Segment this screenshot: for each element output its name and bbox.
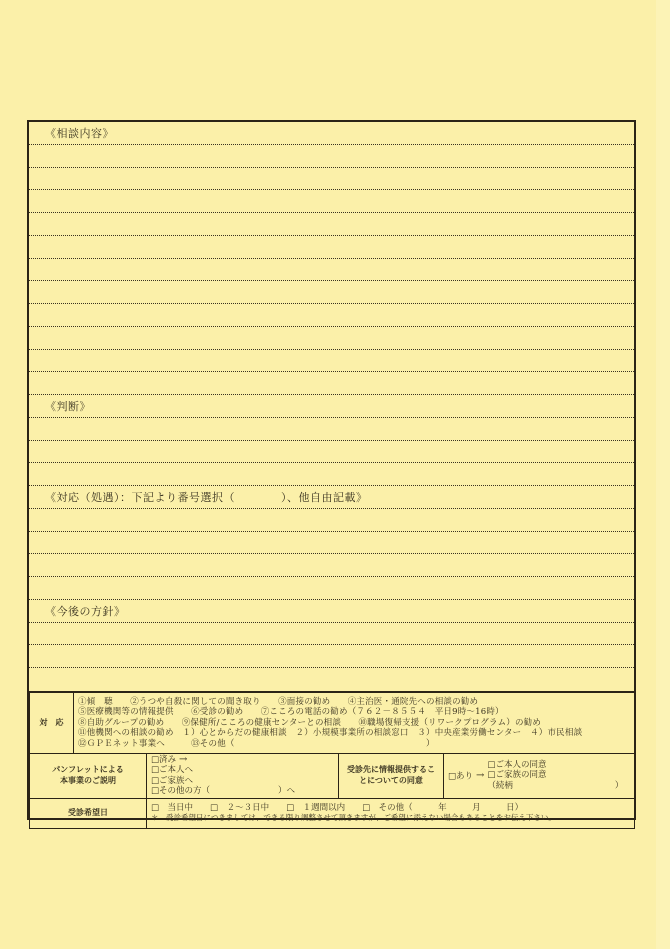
visit-date-checkboxes[interactable]: □ 当日中 □ ２～３日中 □ １週間以内 □ その他（ 年 月 日） — [151, 803, 630, 814]
response-option-line: ⑧自助グループの勧め ⑨保健所/こころの健康センターとの相談 ⑩職場復帰支援（リ… — [78, 718, 630, 729]
writing-line[interactable] — [29, 372, 634, 395]
writing-line[interactable] — [29, 645, 634, 668]
visit-date-label: 受診希望日 — [30, 798, 147, 828]
writing-line[interactable] — [29, 168, 634, 191]
section-heading-row: 《判断》 — [29, 395, 634, 418]
writing-line[interactable] — [29, 463, 634, 486]
writing-line[interactable] — [29, 350, 634, 373]
section-heading-row: 《対応（処遇）：下記より番号選択（ ）、他自由記載》 — [29, 486, 634, 509]
consent-self-checkbox[interactable]: □ご本人の同意 — [487, 760, 623, 771]
response-option-line: ⑪他機関への相談の勧め １）心とからだの健康相談 ２）小規模事業所の相談窓口 ３… — [78, 728, 630, 739]
writing-line[interactable] — [29, 304, 634, 327]
pamphlet-options: □済み→ □ご本人へ □ご家族へ □その他の方（ ）へ — [147, 753, 339, 798]
pamphlet-target-other-checkbox[interactable]: □その他の方（ ）へ — [151, 786, 295, 797]
arrow-right-icon: → — [179, 754, 187, 765]
writing-line[interactable] — [29, 418, 634, 441]
writing-line[interactable] — [29, 577, 634, 600]
section-future-policy-heading: 《今後の方針》 — [45, 603, 126, 619]
consent-options: □あり→ □ご本人の同意 □ご家族の同意 （続柄 ） — [444, 753, 635, 798]
writing-line[interactable] — [29, 236, 634, 259]
writing-line[interactable] — [29, 327, 634, 350]
consent-relationship-field[interactable]: （続柄 ） — [487, 781, 623, 792]
consent-family-checkbox[interactable]: □ご家族の同意 — [487, 770, 623, 781]
section-heading-row: 《相談内容》 — [29, 122, 634, 145]
response-options: ①傾 聴 ②うつや自殺に関しての聞き取り ③面接の勧め ④主治医・通院先への相談… — [74, 692, 635, 753]
consultation-form: 《相談内容》《判断》《対応（処遇）：下記より番号選択（ ）、他自由記載》《今後の… — [27, 120, 636, 820]
pamphlet-target-family-checkbox[interactable]: □ご家族へ — [151, 776, 295, 787]
response-option-line: ⑤医療機関等の情報提供 ⑥受診の勧め ⑦こころの電話の勧め（７６２－８５５４ 平… — [78, 707, 630, 718]
section-heading-row: 《今後の方針》 — [29, 600, 634, 623]
writing-line[interactable] — [29, 145, 634, 168]
writing-line[interactable] — [29, 509, 634, 532]
writing-line[interactable] — [29, 532, 634, 555]
pamphlet-done-checkbox[interactable]: □済み — [151, 755, 176, 765]
response-label: 対 応 — [30, 692, 74, 753]
response-option-line: ⑫ＧＰＥネット事業へ ⑬その他（ ） — [78, 739, 630, 750]
response-option-line: ①傾 聴 ②うつや自殺に関しての聞き取り ③面接の勧め ④主治医・通院先への相談… — [78, 697, 630, 708]
writing-line[interactable] — [29, 213, 634, 236]
response-table: 対 応 ①傾 聴 ②うつや自殺に関しての聞き取り ③面接の勧め ④主治医・通院先… — [29, 691, 635, 829]
writing-line[interactable] — [29, 441, 634, 464]
pamphlet-label-line: 本事業のご説明 — [34, 776, 142, 787]
consent-label: 受診先に情報提供するこ とについての同意 — [339, 753, 444, 798]
pamphlet-label: パンフレットによる 本事業のご説明 — [30, 753, 147, 798]
visit-date-options: □ 当日中 □ ２～３日中 □ １週間以内 □ その他（ 年 月 日） ＊ 受診… — [147, 798, 635, 828]
writing-line[interactable] — [29, 623, 634, 646]
pamphlet-label-line: パンフレットによる — [34, 765, 142, 776]
consent-yes-checkbox[interactable]: □あり — [448, 771, 473, 781]
arrow-right-icon: → — [476, 770, 484, 781]
section-judgment-heading: 《判断》 — [45, 398, 91, 414]
lined-area: 《相談内容》《判断》《対応（処遇）：下記より番号選択（ ）、他自由記載》《今後の… — [29, 122, 634, 691]
writing-line[interactable] — [29, 259, 634, 282]
consent-label-line: とについての同意 — [343, 776, 439, 787]
page-edge — [656, 0, 670, 949]
visit-date-note: ＊ 受診希望日につきましては、できる限り調整させて頂きますが、ご希望に添えない場… — [151, 813, 630, 824]
section-response-heading: 《対応（処遇）：下記より番号選択（ ）、他自由記載》 — [45, 489, 368, 505]
pamphlet-target-self-checkbox[interactable]: □ご本人へ — [151, 765, 295, 776]
writing-line[interactable] — [29, 190, 634, 213]
writing-line[interactable] — [29, 554, 634, 577]
section-consultation-heading: 《相談内容》 — [45, 125, 114, 141]
writing-line[interactable] — [29, 668, 634, 691]
consent-label-line: 受診先に情報提供するこ — [343, 765, 439, 776]
writing-line[interactable] — [29, 281, 634, 304]
